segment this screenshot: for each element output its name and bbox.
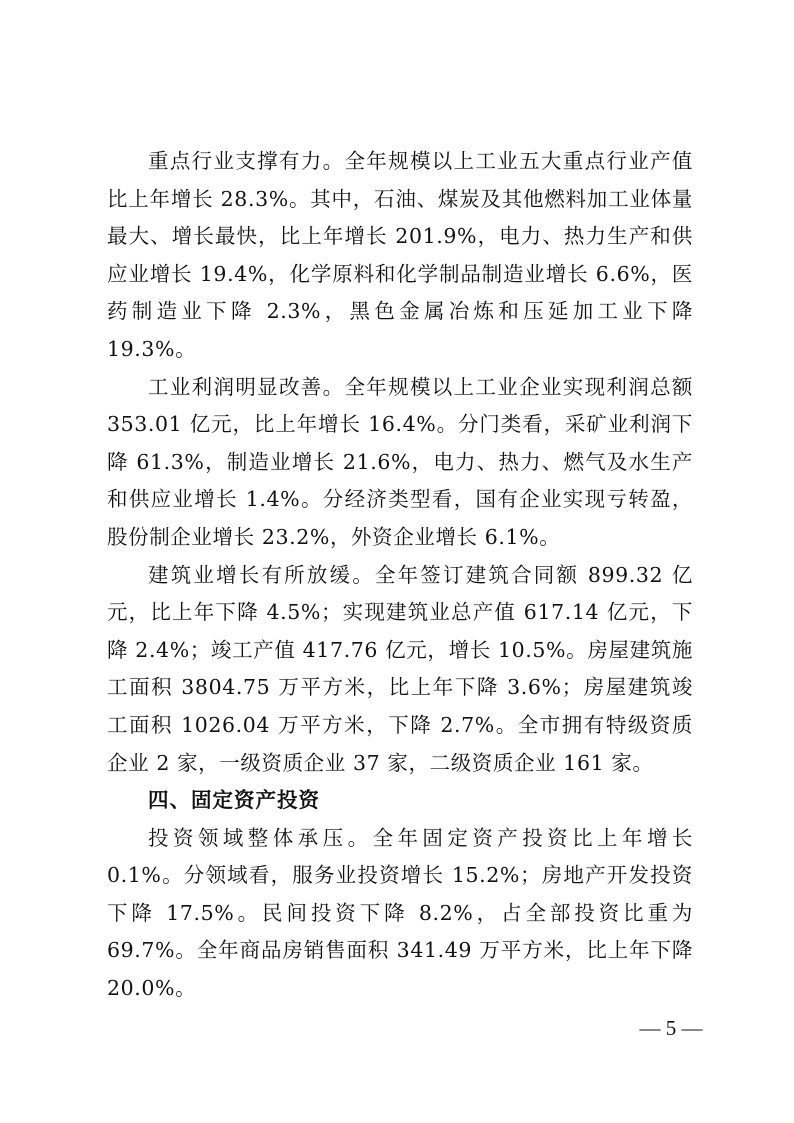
section-heading-fixed-asset-investment: 四、固定资产投资 (107, 782, 693, 820)
paragraph-industrial-profits: 工业利润明显改善。全年规模以上工业企业实现利润总额 353.01 亿元，比上年增… (107, 369, 693, 557)
document-body: 重点行业支撑有力。全年规模以上工业五大重点行业产值比上年增长 28.3%。其中，… (107, 143, 693, 1008)
page-number: — 5 — (636, 1016, 706, 1041)
paragraph-key-industries: 重点行业支撑有力。全年规模以上工业五大重点行业产值比上年增长 28.3%。其中，… (107, 143, 693, 369)
paragraph-investment: 投资领域整体承压。全年固定资产投资比上年增长 0.1%。分领域看，服务业投资增长… (107, 820, 693, 1008)
paragraph-construction: 建筑业增长有所放缓。全年签订建筑合同额 899.32 亿元，比上年下降 4.5%… (107, 557, 693, 783)
